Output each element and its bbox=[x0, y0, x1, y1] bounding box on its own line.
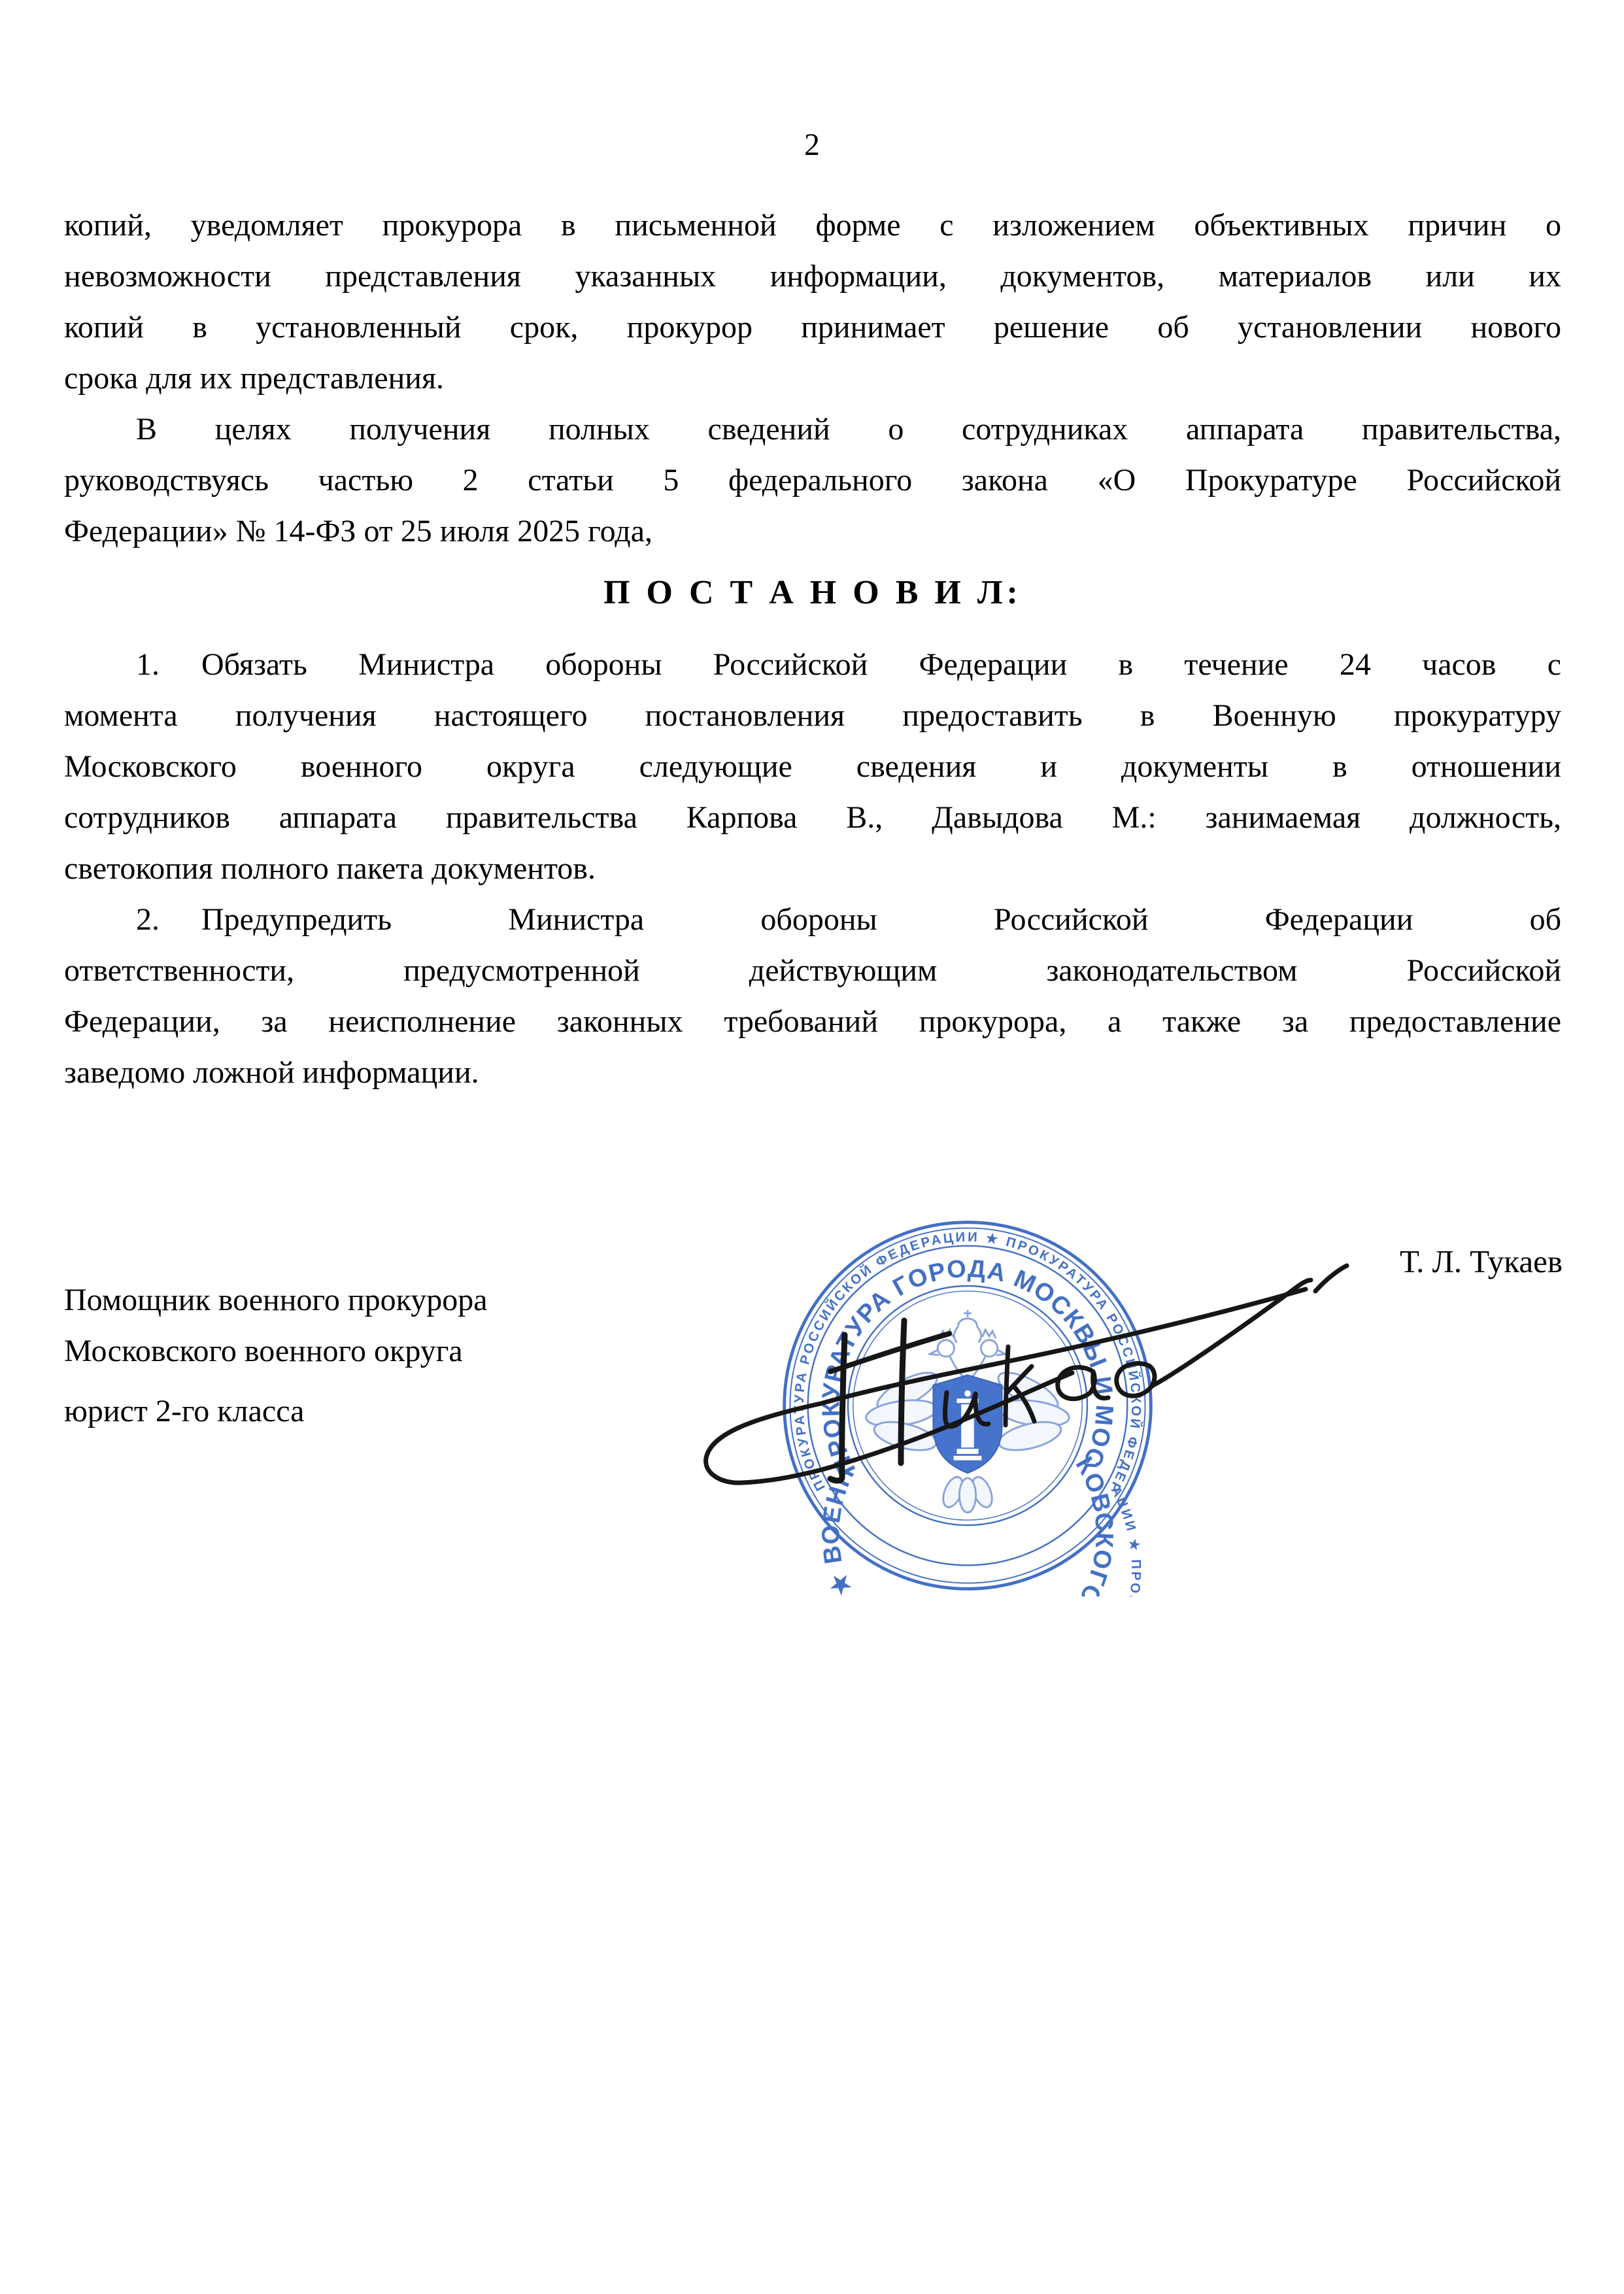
page-number: 2 bbox=[0, 126, 1624, 165]
paragraph-continuation: копий, уведомляет прокурора в письменной… bbox=[64, 200, 1561, 404]
text-line: заведомо ложной информации. bbox=[64, 1047, 1561, 1098]
signature-block: Помощник военного прокурора Московского … bbox=[64, 1275, 718, 1437]
text-line: руководствуясь частью 2 статьи 5 федерал… bbox=[64, 455, 1561, 506]
text-line: ответственности, предусмотренной действу… bbox=[64, 945, 1561, 996]
text-line: момента получения настоящего постановлен… bbox=[64, 690, 1561, 741]
text-line: В целях получения полных сведений о сотр… bbox=[64, 404, 1561, 455]
signer-name: Т. Л. Тукаев bbox=[1400, 1242, 1563, 1281]
item-number: 1. bbox=[136, 647, 160, 682]
item-number: 2. bbox=[136, 902, 160, 937]
document-page: 2 копий, уведомляет прокурора в письменн… bbox=[0, 0, 1624, 2294]
text-line: 1.Обязать Министра обороны Российской Фе… bbox=[64, 639, 1561, 690]
text-line: Московского военного округа следующие св… bbox=[64, 741, 1561, 792]
text-line: 2.Предупредить Министра обороны Российск… bbox=[64, 894, 1561, 945]
text-line: сотрудников аппарата правительства Карпо… bbox=[64, 792, 1561, 843]
resolution-heading: П О С Т А Н О В И Л: bbox=[64, 567, 1561, 618]
text-line: светокопия полного пакета документов. bbox=[64, 843, 1561, 894]
resolution-item-2: 2.Предупредить Министра обороны Российск… bbox=[64, 894, 1561, 1098]
paragraph-purpose: В целях получения полных сведений о сотр… bbox=[64, 404, 1561, 557]
text-line: копий, уведомляет прокурора в письменной… bbox=[64, 200, 1561, 251]
text-line: невозможности представления указанных ин… bbox=[64, 251, 1561, 302]
resolution-item-1: 1.Обязать Министра обороны Российской Фе… bbox=[64, 639, 1561, 894]
text-line: Федерации» № 14-ФЗ от 25 июля 2025 года, bbox=[64, 506, 1561, 557]
item-line-text: Предупредить Министра обороны Российской… bbox=[201, 902, 1561, 937]
signer-position-line2: Московского военного округа bbox=[64, 1326, 718, 1377]
document-body: копий, уведомляет прокурора в письменной… bbox=[64, 200, 1561, 1098]
signer-position-line1: Помощник военного прокурора bbox=[64, 1275, 718, 1326]
item-line-text: Обязать Министра обороны Российской Феде… bbox=[201, 647, 1561, 682]
text-line: срока для их представления. bbox=[64, 353, 1561, 404]
text-line: Федерации, за неисполнение законных треб… bbox=[64, 996, 1561, 1047]
signer-rank: юрист 2-го класса bbox=[64, 1386, 718, 1437]
text-line: копий в установленный срок, прокурор при… bbox=[64, 302, 1561, 353]
signature-ink bbox=[673, 1252, 1373, 1500]
